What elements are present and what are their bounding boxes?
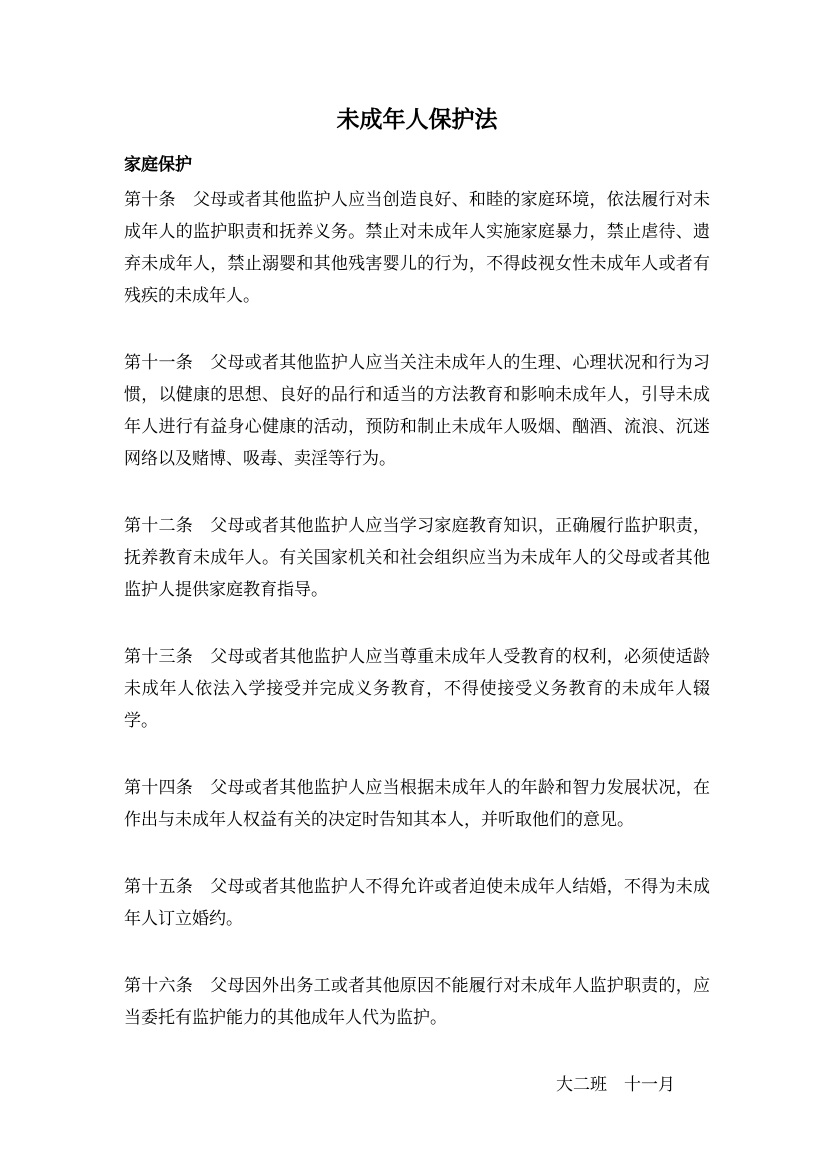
article-paragraph-15: 第十五条 父母或者其他监护人不得允许或者迫使未成年人结婚，不得为未成年人订立婚约… [124,871,710,935]
article-paragraph-16: 第十六条 父母因外出务工或者其他原因不能履行对未成年人监护职责的，应当委托有监护… [124,970,710,1034]
article-number: 第十三条 [124,647,193,666]
article-number: 第十六条 [124,976,193,995]
document-title: 未成年人保护法 [124,104,710,134]
article-paragraph-12: 第十二条 父母或者其他监护人应当学习家庭教育知识，正确履行监护职责，抚养教育未成… [124,510,710,606]
article-body: 父母或者其他监护人应当关注未成年人的生理、心理状况和行为习惯，以健康的思想、良好… [124,353,710,468]
section-heading: 家庭保护 [124,152,710,178]
article-number: 第十条 [124,190,176,209]
signature-line: 大二班 十一月 [124,1069,710,1101]
document-page: 未成年人保护法 家庭保护 第十条 父母或者其他监护人应当创造良好、和睦的家庭环境… [0,0,827,1170]
article-number: 第十四条 [124,778,193,797]
article-paragraph-13: 第十三条 父母或者其他监护人应当尊重未成年人受教育的权利，必须使适龄未成年人依法… [124,641,710,737]
article-body: 父母或者其他监护人不得允许或者迫使未成年人结婚，不得为未成年人订立婚约。 [124,877,710,928]
article-body: 父母或者其他监护人应当学习家庭教育知识，正确履行监护职责，抚养教育未成年人。有关… [124,516,710,599]
article-paragraph-14: 第十四条 父母或者其他监护人应当根据未成年人的年龄和智力发展状况，在作出与未成年… [124,772,710,836]
article-paragraph-10: 第十条 父母或者其他监护人应当创造良好、和睦的家庭环境，依法履行对未成年人的监护… [124,184,710,312]
article-number: 第十五条 [124,877,193,896]
article-body: 父母或者其他监护人应当根据未成年人的年龄和智力发展状况，在作出与未成年人权益有关… [124,778,710,829]
article-number: 第十二条 [124,516,193,535]
article-body: 父母因外出务工或者其他原因不能履行对未成年人监护职责的，应当委托有监护能力的其他… [124,976,710,1027]
article-number: 第十一条 [124,353,193,372]
article-paragraph-11: 第十一条 父母或者其他监护人应当关注未成年人的生理、心理状况和行为习惯，以健康的… [124,347,710,475]
article-body: 父母或者其他监护人应当尊重未成年人受教育的权利，必须使适龄未成年人依法入学接受并… [124,647,710,730]
article-body: 父母或者其他监护人应当创造良好、和睦的家庭环境，依法履行对未成年人的监护职责和抚… [124,190,710,305]
